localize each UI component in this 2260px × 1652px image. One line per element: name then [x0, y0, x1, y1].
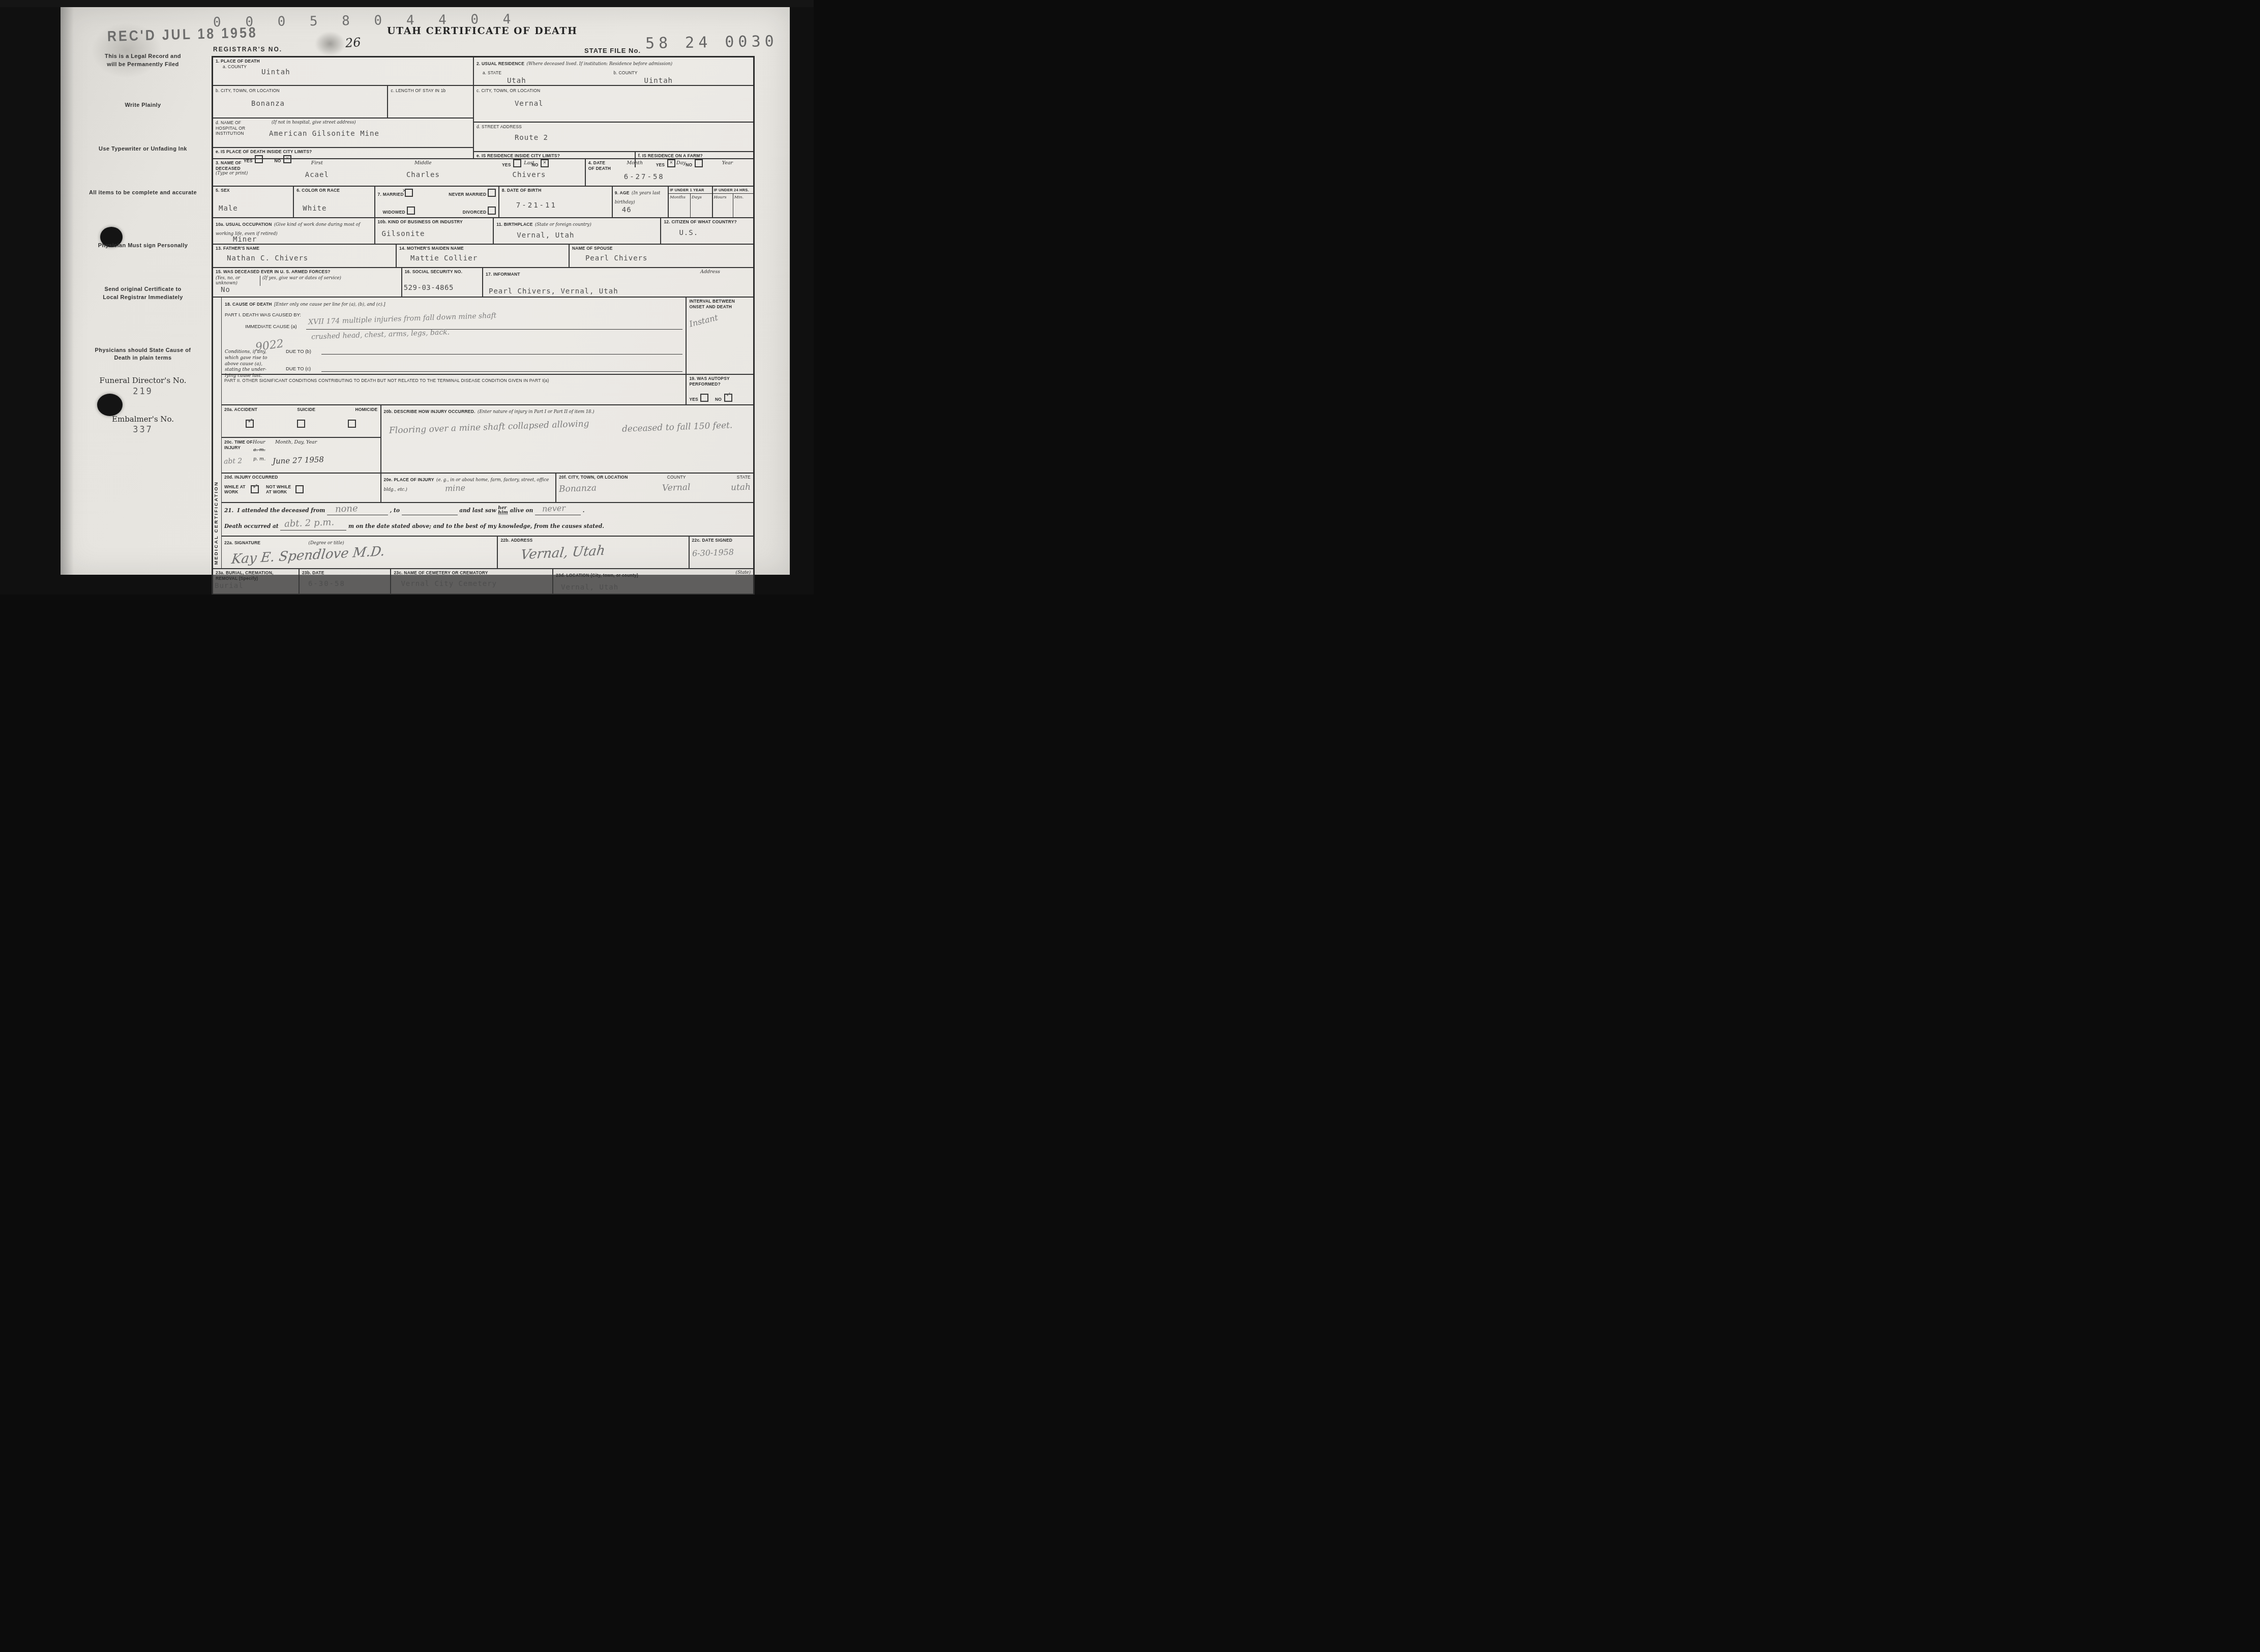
s10a-value: Miner: [233, 235, 372, 244]
s7-never-married-checkbox: [488, 189, 496, 197]
row-parents-spouse: 13. FATHER'S NAME Nathan C. Chivers 14. …: [213, 245, 753, 268]
s20c-date-value: June 27 1958: [273, 455, 324, 466]
section-17-informant: 17. INFORMANT Address Pearl Chivers, Ver…: [483, 268, 753, 297]
s20a-suicide-label: SUICIDE: [297, 407, 315, 412]
s2d-label: d. STREET ADDRESS: [477, 124, 751, 130]
section-10b-industry: 10b. KIND OF BUSINESS OR INDUSTRY Gilson…: [375, 218, 494, 244]
s20a-suicide-checkbox: [297, 420, 305, 428]
s19-yes-label: YES: [689, 397, 698, 402]
s8-value: 7-21-11: [516, 201, 609, 210]
s2c-value: Vernal: [515, 100, 751, 108]
section-10a-occupation: 10a. USUAL OCCUPATION (Give kind of work…: [213, 218, 375, 244]
s23b-label: 23b. DATE: [302, 570, 388, 576]
row-injury-place: 20d. INJURY OCCURRED WHILE AT WORK ✔ NOT…: [222, 474, 753, 503]
s7-married-label: MARRIED: [383, 192, 404, 197]
s20d-while-label: WHILE AT WORK: [224, 484, 251, 495]
s20f-county-value: Vernal: [645, 482, 707, 494]
s3-middle-value: Charles: [370, 171, 477, 179]
row-forces-ssn-informant: 15. WAS DECEASED EVER IN U. S. ARMED FOR…: [213, 268, 753, 298]
s2b-label: b. COUNTY: [613, 70, 637, 75]
s19-no-label: NO: [715, 397, 722, 402]
embalmers-no-label: Embalmer's No.: [78, 415, 208, 424]
pencil-smudge: [315, 32, 345, 56]
s18-bracket: [Enter only one cause per line for (a), …: [274, 302, 385, 307]
s7-divorced-label: DIVORCED: [463, 210, 486, 215]
s17-label: 17. INFORMANT: [486, 272, 520, 277]
section-4-date-of-death: 4. DATE OF DEATH Month Day Year 6-27-58: [586, 159, 753, 186]
header: 0 0 0 5 8 0 4 4 0 4 REC'D JUL 18 1958 RE…: [61, 7, 790, 56]
s3-first-value: Acael: [264, 171, 370, 179]
s2f-label: f. IS RESIDENCE ON A FARM?: [638, 153, 751, 159]
physician-signature: Kay E. Spendlove M.D.: [230, 544, 385, 567]
s20f-state-value: utah: [707, 482, 751, 494]
s20b-hint: (Enter nature of injury in Part I or Par…: [478, 409, 594, 415]
s15-hint2: (If yes, give war or dates of service): [260, 276, 341, 286]
s10b-label: 10b. KIND OF BUSINESS OR INDUSTRY: [378, 219, 491, 225]
margin-note: Send original Certificate to Local Regis…: [97, 286, 189, 302]
row-cause-of-death: 18. CAUSE OF DEATH [Enter only one cause…: [222, 298, 753, 375]
s22b-value: Vernal, Utah: [520, 543, 606, 563]
section-15-armed-forces: 15. WAS DECEASED EVER IN U. S. ARMED FOR…: [213, 268, 402, 297]
medical-certification-block: MEDICAL CERTIFICATION 18. CAUSE OF DEATH…: [213, 298, 753, 569]
embalmers-no-value: 337: [78, 425, 208, 435]
s21-death-time-value: abt. 2 p.m.: [284, 517, 335, 529]
section-7-marital-status: 7. MARRIED ✕ NEVER MARRIED WIDOWED DIVOR…: [375, 187, 499, 217]
s3-label: 3. NAME OF DECEASED: [216, 160, 264, 171]
s9-label: 9. AGE: [615, 190, 630, 195]
s4-year-colhead: Year: [704, 160, 751, 171]
s21-text4: alive on: [510, 508, 533, 514]
s20c-hour-value: abt 2: [224, 457, 243, 465]
section-9-age: 9. AGE (In years last birthday) 46 IF UN…: [613, 187, 753, 217]
registrars-no-label: REGISTRAR'S NO.: [213, 46, 282, 53]
s20f-label: 20f. CITY, TOWN, OR LOCATION: [559, 475, 645, 480]
s18-due-b-label: DUE TO (b): [286, 349, 321, 355]
s20a-accident-label: ACCIDENT: [234, 407, 258, 412]
s9-months-colhead: Months: [669, 194, 691, 217]
certificate-title: UTAH CERTIFICATE OF DEATH: [387, 25, 577, 37]
s19-label: 19. WAS AUTOPSY PERFORMED?: [689, 376, 751, 387]
s22c-label: 22c. DATE SIGNED: [692, 538, 751, 543]
s3-hint: (Type or print): [216, 171, 264, 176]
section-6-color-or-race: 6. COLOR OR RACE White: [294, 187, 375, 217]
section-14-mother: 14. MOTHER'S MAIDEN NAME Mattie Collier: [397, 245, 570, 267]
s13-value: Nathan C. Chivers: [227, 254, 393, 262]
margin-note: All items to be complete and accurate: [78, 189, 208, 197]
section-8-date-of-birth: 8. DATE OF BIRTH 7-21-11: [499, 187, 613, 217]
s9-under1-label: IF UNDER 1 YEAR: [669, 187, 712, 194]
s1d-value: American Gilsonite Mine: [269, 130, 379, 138]
s2-title: 2. USUAL RESIDENCE: [477, 61, 524, 66]
s20a-num: 20a.: [224, 407, 233, 412]
row-place-residence: 1. PLACE OF DEATH a. COUNTY Uintah b. CI…: [213, 57, 753, 159]
spouse-label: NAME OF SPOUSE: [572, 246, 751, 251]
s18-interval-label: INTERVAL BETWEEN ONSET AND DEATH: [689, 299, 751, 309]
cause-line-a2: crushed head, chest, arms, legs, back.: [311, 329, 450, 342]
s22c-value: 6-30-1958: [692, 547, 734, 558]
s9-hours-colhead: Hours: [713, 194, 733, 217]
s7-widowed-label: WIDOWED: [383, 210, 405, 215]
s1e-label: e. IS PLACE OF DEATH INSIDE CITY LIMITS?: [216, 149, 470, 155]
s18-interval-value: Instant: [689, 313, 719, 330]
cause-code: 9022: [255, 338, 285, 355]
s20d-notwhile-checkbox: [295, 485, 304, 493]
funeral-directors-no-value: 219: [78, 387, 208, 397]
s20e-label: 20e. PLACE OF INJURY: [384, 477, 434, 482]
margin-note: Use Typewriter or Unfading Ink: [78, 145, 208, 154]
margin-instructions: This is a Legal Record and will be Perma…: [78, 53, 208, 435]
s9-min-colhead: Min.: [733, 194, 753, 217]
s11-label: 11. BIRTHPLACE: [496, 222, 532, 227]
s9-under24-label: IF UNDER 24 HRS.: [713, 187, 753, 194]
state-file-no-label: STATE FILE No.: [584, 47, 641, 54]
s5-value: Male: [219, 204, 290, 213]
s21-text2: , to: [390, 508, 400, 514]
s23c-value: Vernal City Cemetery: [401, 580, 550, 588]
s20d-notwhile-label: NOT WHILE AT WORK: [266, 484, 295, 495]
row-name-dod: 3. NAME OF DECEASED (Type or print) Firs…: [213, 159, 753, 187]
s1b-label: b. CITY, TOWN, OR LOCATION: [216, 88, 384, 94]
s20c-label: 20c. TIME OF INJURY: [224, 439, 253, 450]
row-physician-signature: 22a. SIGNATURE (Degree or title) Kay E. …: [222, 537, 753, 568]
s19-no-checkbox: ✓: [724, 394, 732, 402]
funeral-directors-no-label: Funeral Director's No.: [78, 376, 208, 386]
scanned-death-certificate: This is a Legal Record and will be Perma…: [0, 0, 814, 595]
s19-yes-checkbox: [700, 394, 708, 402]
s1b-value: Bonanza: [251, 100, 384, 108]
s18-part1-label: PART I. DEATH WAS CAUSED BY:: [225, 312, 301, 318]
s1d-hint: (If not in hospital, give street address…: [272, 120, 470, 125]
s21-dot: .: [583, 508, 585, 514]
s20f-state-colhead: STATE: [707, 475, 751, 480]
part2-label: PART II. OTHER SIGNIFICANT CONDITIONS CO…: [224, 378, 683, 383]
s21-death-text1: Death occurred at: [224, 523, 279, 529]
state-file-no-value: 58 24 0030: [645, 33, 778, 53]
s23a-value: Burial: [215, 582, 296, 590]
medical-certification-strip: MEDICAL CERTIFICATION: [213, 298, 222, 568]
s2a-label: a. STATE: [483, 70, 501, 75]
s21-lastsaw-value: never: [542, 504, 566, 514]
row-attended: 21. I attended the deceased from none , …: [222, 503, 753, 537]
s10b-value: Gilsonite: [382, 230, 491, 238]
section-2-usual-residence: 2. USUAL RESIDENCE (Where deceased lived…: [474, 57, 753, 158]
section-13-father: 13. FATHER'S NAME Nathan C. Chivers: [213, 245, 397, 267]
s17-value: Pearl Chivers, Vernal, Utah: [489, 287, 751, 296]
s11-value: Vernal, Utah: [517, 231, 658, 240]
medical-certification-label: MEDICAL CERTIFICATION: [214, 481, 219, 565]
s4-month-colhead: Month: [612, 160, 658, 171]
section-11-birthplace: 11. BIRTHPLACE (State or foreign country…: [494, 218, 661, 244]
s20e-value: mine: [445, 483, 466, 493]
s12-label: 12. CITIZEN OF WHAT COUNTRY?: [664, 219, 751, 225]
row-sex-race-marital: 5. SEX Male 6. COLOR OR RACE White 7. MA…: [213, 187, 753, 218]
s2-hint: (Where deceased lived. If institution: R…: [527, 62, 673, 67]
s1-title: 1. PLACE OF DEATH: [216, 58, 470, 64]
section-5-sex: 5. SEX Male: [213, 187, 294, 217]
s20a-homicide-label: HOMICIDE: [355, 407, 377, 412]
s22a-hint: (Degree or title): [309, 541, 344, 546]
s21-text3: and last saw: [459, 508, 496, 514]
s3-last-colhead: Last: [476, 160, 582, 166]
s16-value: 529-03-4865: [404, 284, 480, 292]
s20c-am-label: a. m.: [253, 447, 265, 453]
s13-label: 13. FATHER'S NAME: [216, 246, 393, 251]
row-injury-manner: 20a. ACCIDENT SUICIDE HOMICIDE ✔: [222, 405, 753, 474]
s9-days-colhead: Days: [691, 194, 712, 217]
s15-label: 15. WAS DECEASED EVER IN U. S. ARMED FOR…: [216, 269, 399, 275]
s23d-state-hint: (State): [736, 570, 751, 575]
s1d-label: d. NAME OF HOSPITAL OR INSTITUTION: [216, 120, 261, 136]
spouse-value: Pearl Chivers: [585, 254, 751, 262]
s1c-label: c. LENGTH OF STAY IN 1b: [391, 88, 470, 94]
s23d-label: 23d. LOCATION (City, town, or county): [556, 573, 638, 578]
s5-label: 5. SEX: [216, 188, 290, 193]
s2a-value: Utah: [507, 77, 614, 85]
s20f-value: Bonanza: [559, 482, 646, 494]
s14-value: Mattie Collier: [410, 254, 566, 262]
s4-value: 6-27-58: [624, 173, 751, 181]
s3-middle-colhead: Middle: [370, 160, 477, 166]
margin-note: Write Plainly: [78, 102, 208, 110]
s12-value: U.S.: [679, 229, 751, 237]
s2d-value: Route 2: [515, 134, 751, 142]
received-date-stamp: REC'D JUL 18 1958: [107, 25, 258, 44]
row-burial: 23a. BURIAL, CREMATION, REMOVAL (Specify…: [213, 569, 753, 595]
s20b-label: 20b. DESCRIBE HOW INJURY OCCURRED.: [384, 409, 475, 414]
s20b-line2: deceased to fall 150 feet.: [621, 421, 732, 434]
s9-value: 46: [622, 206, 666, 214]
s23b-value: 6-30-58: [308, 580, 388, 588]
s2c-label: c. CITY, TOWN, OR LOCATION: [477, 88, 751, 94]
s23d-value: Vernal, Utah: [561, 583, 751, 592]
s20c-mdy-colhead: Month, Day, Year: [275, 439, 317, 450]
s20d-while-checkbox: ✔: [251, 485, 259, 493]
s11-hint: (State or foreign country): [535, 222, 591, 227]
s21-from-value: none: [335, 504, 358, 515]
s15-hint1: (Yes, no, or unknown): [216, 276, 260, 286]
s20d-label: 20d. INJURY OCCURRED: [224, 475, 378, 480]
s4-day-colhead: Day: [658, 160, 704, 171]
s18-immediate-label: IMMEDIATE CAUSE (a): [245, 324, 306, 330]
s1a-value: Uintah: [261, 68, 470, 76]
s20f-county-colhead: COUNTY: [645, 475, 707, 480]
certificate-paper: This is a Legal Record and will be Perma…: [61, 7, 790, 575]
s22a-label: 22a. SIGNATURE: [224, 540, 260, 545]
margin-note: Physicians should State Cause of Death i…: [90, 347, 196, 363]
s15-value: No: [221, 286, 399, 294]
s20c-pm-label: p. m.: [253, 456, 265, 462]
s16-label: 16. SOCIAL SECURITY NO.: [405, 269, 480, 275]
registrars-no-value: 26: [345, 35, 361, 50]
s20b-line1: Flooring over a mine shaft collapsed all…: [389, 419, 589, 436]
s7-married-checkbox: ✕: [405, 189, 413, 197]
s23c-label: 23c. NAME OF CEMETERY OR CREMATORY: [394, 570, 550, 576]
certificate-form: 1. PLACE OF DEATH a. COUNTY Uintah b. CI…: [212, 56, 755, 595]
s18-label: 18. CAUSE OF DEATH: [225, 302, 272, 307]
s4-label: 4. DATE OF DEATH: [588, 160, 612, 171]
s23a-label: 23a. BURIAL, CREMATION, REMOVAL (Specify…: [216, 570, 296, 581]
s6-label: 6. COLOR OR RACE: [296, 188, 371, 193]
s21-him: him: [498, 511, 508, 515]
s7-num: 7.: [378, 192, 382, 197]
section-1-place-of-death: 1. PLACE OF DEATH a. COUNTY Uintah b. CI…: [213, 57, 474, 158]
row-occupation: 10a. USUAL OCCUPATION (Give kind of work…: [213, 218, 753, 245]
s22b-label: 22b. ADDRESS: [500, 538, 686, 543]
s2b-value: Uintah: [644, 77, 751, 85]
section-spouse: NAME OF SPOUSE Pearl Chivers: [570, 245, 753, 267]
s18-due-c-label: DUE TO (c): [286, 366, 321, 372]
s14-label: 14. MOTHER'S MAIDEN NAME: [399, 246, 566, 251]
s10a-label: 10a. USUAL OCCUPATION: [216, 222, 272, 227]
s2e-label: e. IS RESIDENCE INSIDE CITY LIMITS?: [477, 153, 632, 159]
s20a-homicide-checkbox: [348, 420, 356, 428]
s7-never-married-label: NEVER MARRIED: [449, 192, 486, 197]
s6-value: White: [303, 204, 371, 213]
s8-label: 8. DATE OF BIRTH: [502, 188, 609, 193]
s21-to-blank: [402, 509, 458, 515]
s17-address-colhead: Address: [700, 269, 720, 275]
s3-last-value: Chivers: [476, 171, 582, 179]
s7-widowed-checkbox: [407, 206, 415, 215]
s7-divorced-checkbox: [488, 206, 496, 215]
section-16-ssn: 16. SOCIAL SECURITY NO. 529-03-4865: [402, 268, 483, 297]
section-12-citizen: 12. CITIZEN OF WHAT COUNTRY? U.S.: [661, 218, 753, 244]
s21-death-text2: m on the date stated above; and to the b…: [348, 523, 604, 529]
margin-note: Physician Must sign Personally: [78, 242, 208, 250]
s20a-accident-checkbox: ✔: [246, 420, 254, 428]
section-3-name-of-deceased: 3. NAME OF DECEASED (Type or print) Firs…: [213, 159, 586, 186]
s3-first-colhead: First: [264, 160, 370, 166]
row-part2-autopsy: PART II. OTHER SIGNIFICANT CONDITIONS CO…: [222, 375, 753, 405]
s21-text1: 21. I attended the deceased from: [224, 508, 325, 514]
